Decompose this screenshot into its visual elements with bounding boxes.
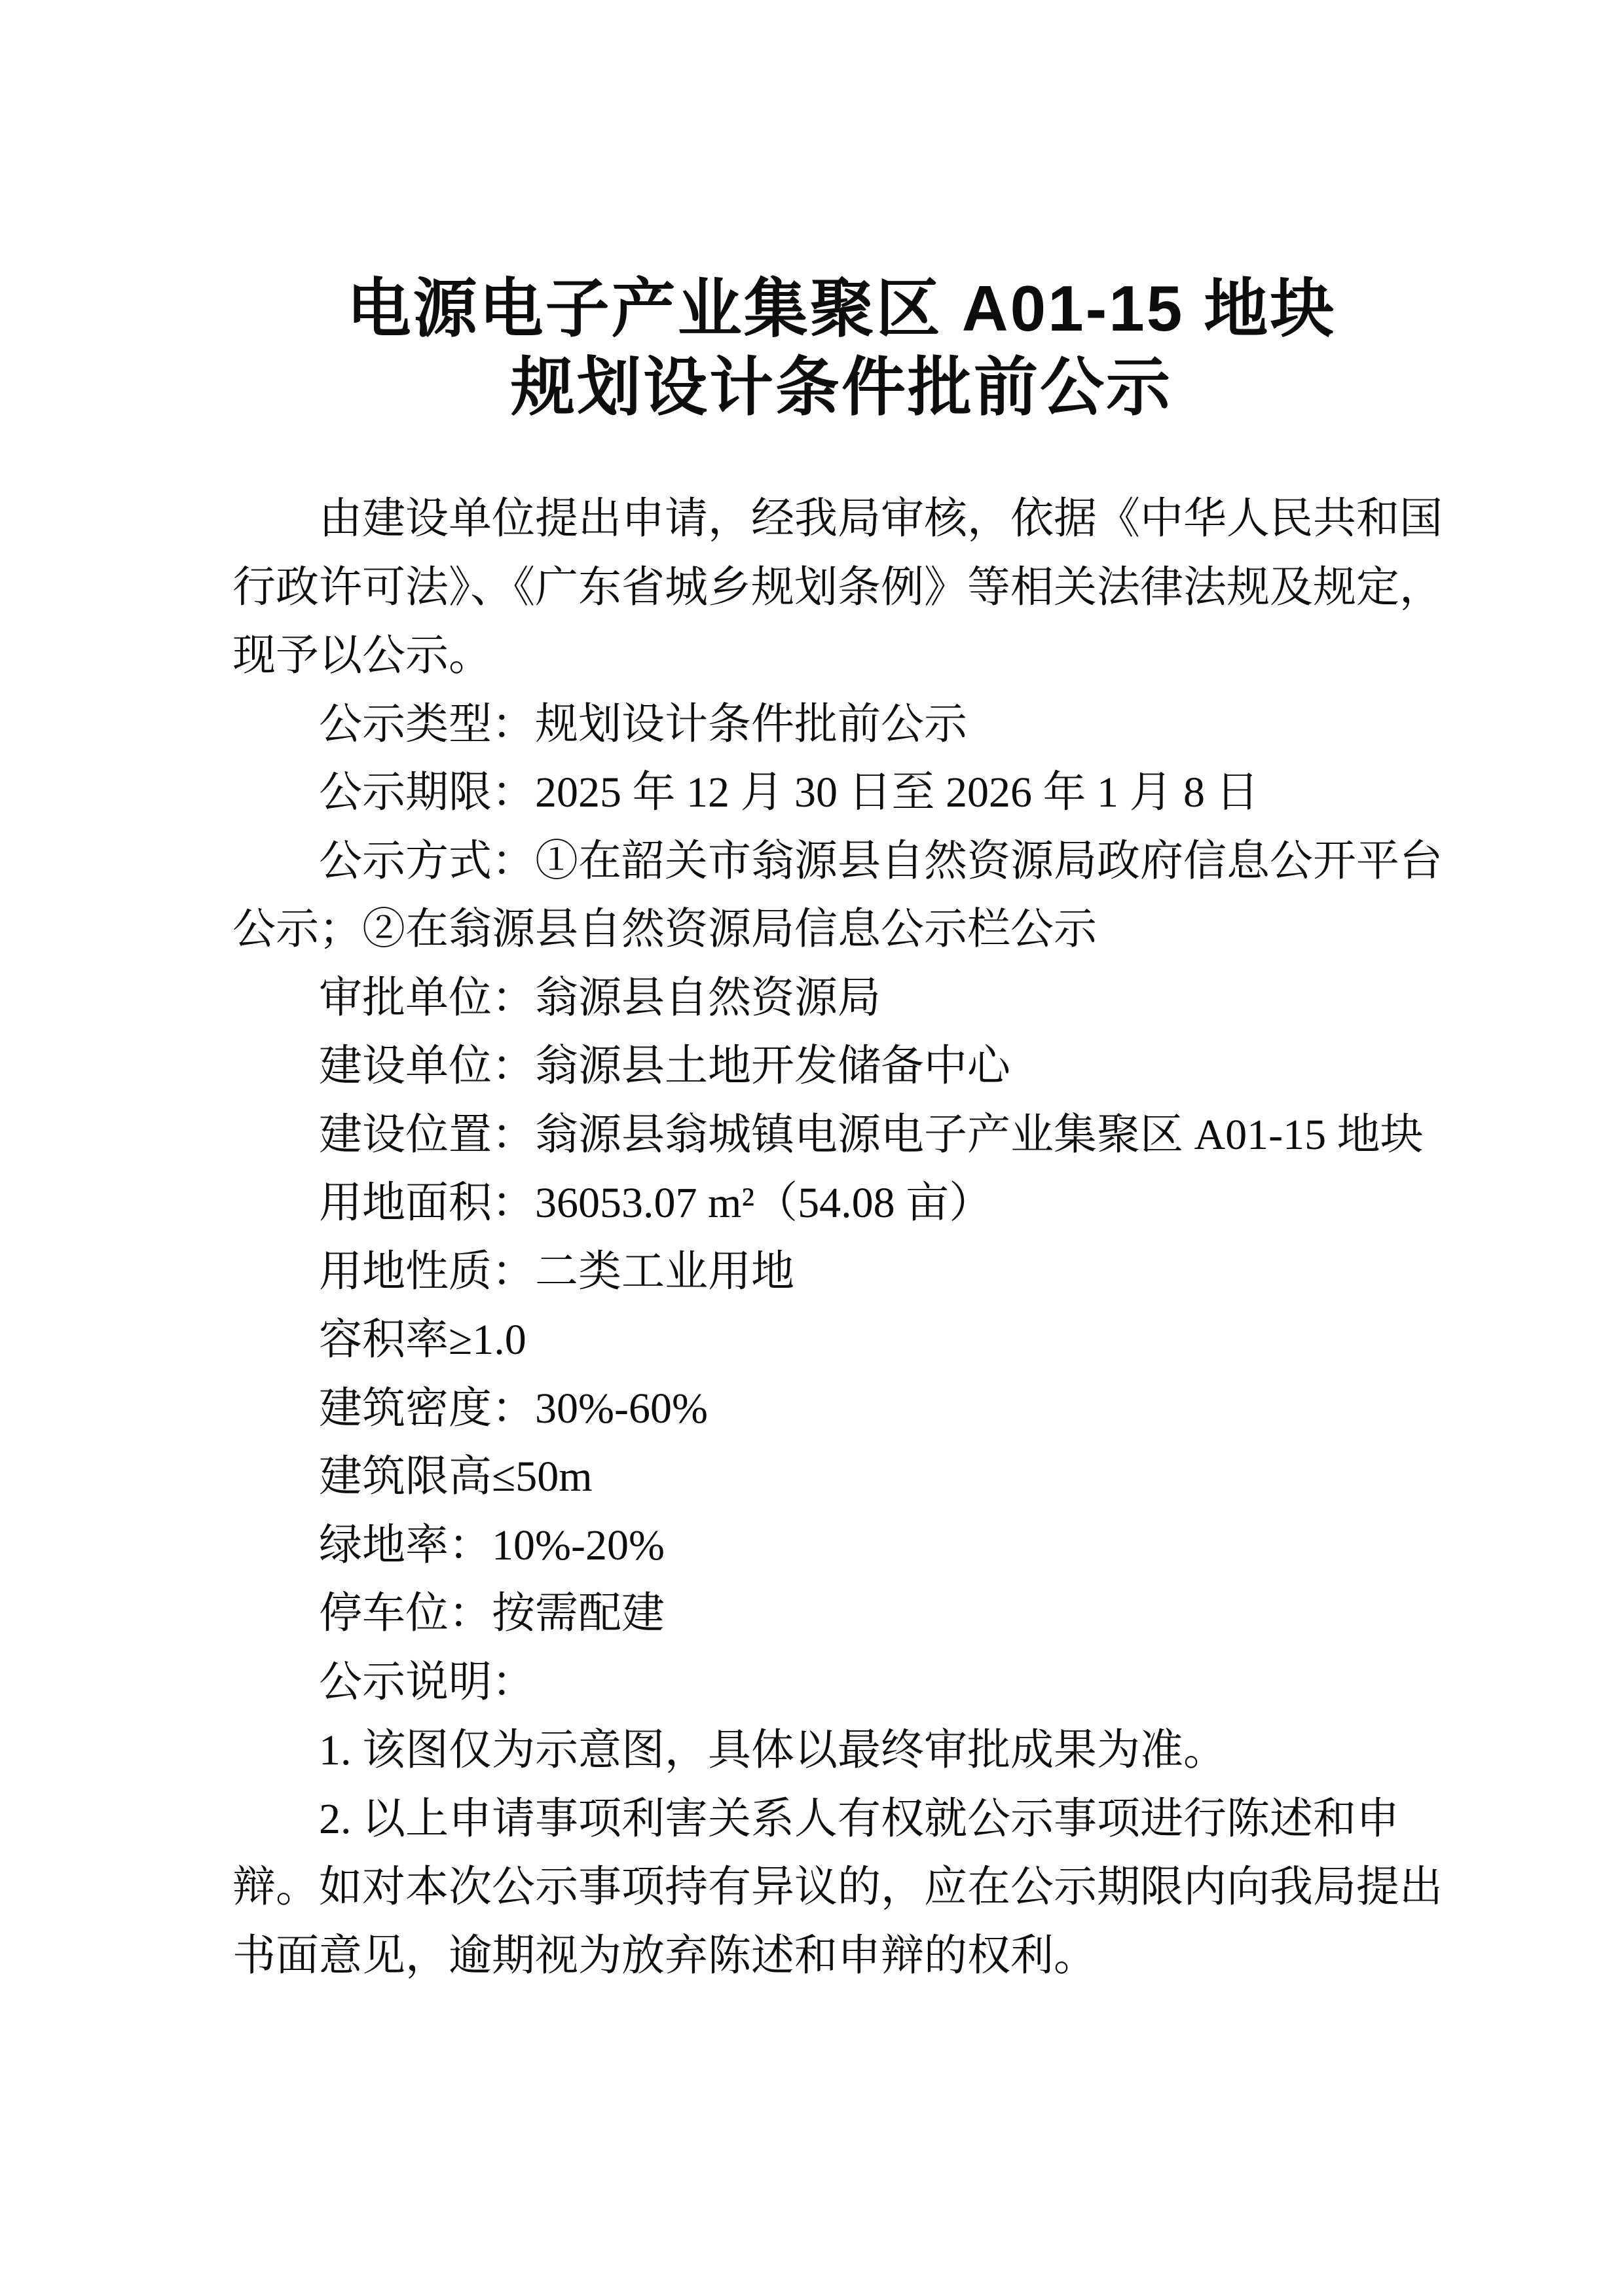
title-line-2: 规划设计条件批前公示 [29, 348, 1624, 426]
title-line-1: 电源电子产业集聚区 A01-15 地块 [29, 269, 1624, 348]
body-line: 公示；②在翁源县自然资源局信息公示栏公示 [232, 896, 1434, 964]
body-line: 用地性质：二类工业用地 [232, 1238, 1434, 1307]
body-line: 绿地率：10%-20% [232, 1512, 1434, 1580]
body-line: 停车位：按需配建 [232, 1580, 1434, 1649]
body-line: 建设单位：翁源县土地开发储备中心 [232, 1032, 1434, 1101]
body-line: 审批单位：翁源县自然资源局 [232, 964, 1434, 1033]
body-line: 书面意见，逾期视为放弃陈述和申辩的权利。 [232, 1922, 1434, 1991]
body-line: 容积率≥1.0 [232, 1306, 1434, 1375]
document-title: 电源电子产业集聚区 A01-15 地块 规划设计条件批前公示 [29, 269, 1624, 426]
body-line: 1. 该图仅为示意图，具体以最终审批成果为准。 [232, 1717, 1434, 1785]
body-line: 公示期限：2025 年 12 月 30 日至 2026 年 1 月 8 日 [232, 759, 1434, 828]
document-body: 由建设单位提出申请，经我局审核，依据《中华人民共和国行政许可法》、《广东省城乡规… [232, 485, 1434, 1990]
body-line: 由建设单位提出申请，经我局审核，依据《中华人民共和国 [232, 485, 1434, 554]
document-page: 电源电子产业集聚区 A01-15 地块 规划设计条件批前公示 由建设单位提出申请… [0, 0, 1624, 2296]
body-line: 用地面积：36053.07 m²（54.08 亩） [232, 1169, 1434, 1238]
body-line: 公示方式：①在韶关市翁源县自然资源局政府信息公开平台 [232, 828, 1434, 896]
body-line: 2. 以上申请事项利害关系人有权就公示事项进行陈述和申 [232, 1785, 1434, 1854]
body-line: 建筑限高≤50m [232, 1443, 1434, 1512]
body-line: 公示说明： [232, 1649, 1434, 1717]
body-line: 公示类型：规划设计条件批前公示 [232, 691, 1434, 759]
body-line: 建筑密度：30%-60% [232, 1375, 1434, 1444]
body-line: 现予以公示。 [232, 622, 1434, 691]
body-line: 行政许可法》、《广东省城乡规划条例》等相关法律法规及规定， [232, 554, 1434, 623]
body-line: 建设位置：翁源县翁城镇电源电子产业集聚区 A01-15 地块 [232, 1101, 1434, 1170]
body-line: 辩。如对本次公示事项持有异议的，应在公示期限内向我局提出 [232, 1853, 1434, 1922]
